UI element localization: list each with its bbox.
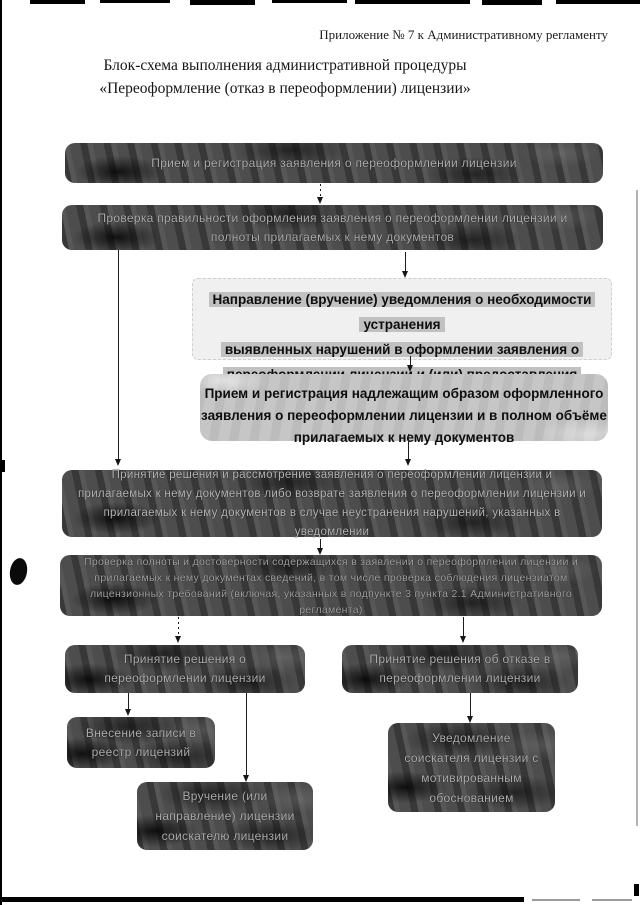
page-title-line1: Блок-схема выполнения административной п…	[50, 54, 520, 77]
box-verify-completeness: Проверка полноты и достоверности содержа…	[60, 555, 602, 616]
arrow-line-7-9	[128, 693, 129, 710]
scan-artifact-top-dash	[100, 0, 170, 3]
box-decision-reissue: Принятие решения о переоформлении лиценз…	[65, 645, 305, 693]
box-applicant-notification-label: Уведомление соискателя лицензии с мотиви…	[388, 726, 555, 810]
arrow-head-1-2	[317, 197, 323, 204]
arrow-line-2-5	[118, 250, 119, 460]
page-title: Блок-схема выполнения административной п…	[50, 54, 520, 100]
arrow-line-6-7	[178, 617, 179, 637]
appendix-annotation: Приложение № 7 к Административному регла…	[240, 27, 608, 43]
arrow-head-3-4	[407, 365, 413, 372]
arrow-head-7-9	[125, 709, 131, 716]
box-violation-notice: Направление (вручение) уведомления о нео…	[192, 278, 612, 360]
box-receive-proper-application-line3: прилагаемых к нему документов	[200, 427, 608, 449]
box-license-delivery: Вручение (или направление) лицензии соис…	[137, 782, 313, 850]
scan-artifact-top-dash	[556, 0, 640, 4]
scan-artifact-bottom-line	[0, 897, 524, 902]
scan-artifact-top-dash	[482, 0, 542, 5]
box-decision-refuse: Принятие решения об отказе в переоформле…	[342, 645, 578, 693]
scan-artifact-top-dash	[190, 0, 255, 5]
box-receive-proper-application-line2: заявления о переоформлении лицензии и в …	[200, 405, 608, 427]
box-decision-review-or-return: Принятие решения и рассмотрение заявлени…	[62, 470, 602, 537]
hole-punch-mark	[8, 557, 29, 587]
box-verify-completeness-label: Проверка полноты и достоверности содержа…	[60, 552, 602, 620]
arrow-head-6-7	[175, 636, 181, 643]
box-decision-reissue-label: Принятие решения о переоформлении лиценз…	[81, 648, 290, 690]
arrow-line-7-10	[246, 693, 247, 776]
arrow-line-8-11	[470, 693, 471, 717]
box-violation-notice-line2: выявленных нарушений в оформлении заявле…	[193, 337, 611, 362]
scan-artifact-top-dash	[30, 0, 85, 4]
scan-artifact-right-tick	[634, 884, 639, 896]
scan-artifact-right-line	[636, 190, 638, 826]
arrow-line-2-3	[405, 252, 406, 272]
scanned-document-page: Приложение № 7 к Административному регла…	[0, 0, 640, 905]
scan-artifact-top-dash	[355, 0, 470, 4]
box-receive-proper-application-line1: Прием и регистрация надлежащим образом о…	[200, 383, 608, 405]
box-decision-refuse-label: Принятие решения об отказе в переоформле…	[348, 648, 572, 690]
arrow-head-6-8	[460, 636, 466, 643]
scan-artifact-left-edge	[0, 0, 2, 905]
arrow-head-7-10	[243, 775, 249, 782]
page-title-line2: «Переоформление (отказ в переоформлении)…	[50, 77, 520, 100]
box-violation-notice-line1: Направление (вручение) уведомления о нео…	[193, 287, 611, 337]
scan-artifact-top-dash	[272, 0, 347, 3]
arrow-line-1-2	[320, 184, 321, 198]
box-decision-review-or-return-label: Принятие решения и рассмотрение заявлени…	[62, 464, 602, 544]
box-applicant-notification: Уведомление соискателя лицензии с мотиви…	[388, 723, 555, 812]
box-receive-proper-application: Прием и регистрация надлежащим образом о…	[200, 374, 608, 441]
scan-artifact-left-blip	[0, 460, 5, 472]
arrow-line-6-8	[463, 617, 464, 637]
arrow-head-2-3	[402, 271, 408, 278]
arrow-head-8-11	[467, 716, 473, 723]
box-license-delivery-label: Вручение (или направление) лицензии соис…	[141, 784, 310, 848]
box-check-application-correctness: Проверка правильности оформления заявлен…	[62, 205, 603, 250]
arrow-line-4-5	[408, 434, 409, 460]
box-check-application-correctness-label: Проверка правильности оформления заявлен…	[62, 207, 603, 249]
box-receive-register-application-label: Прием и регистрация заявления о переофор…	[139, 154, 528, 172]
box-receive-register-application: Прием и регистрация заявления о переофор…	[65, 143, 603, 183]
scan-artifact-bottom-dash	[592, 899, 632, 901]
box-registry-entry: Внесение записи в реестр лицензий	[67, 717, 215, 768]
box-registry-entry-label: Внесение записи в реестр лицензий	[69, 722, 213, 764]
scan-artifact-bottom-dash	[532, 899, 580, 901]
